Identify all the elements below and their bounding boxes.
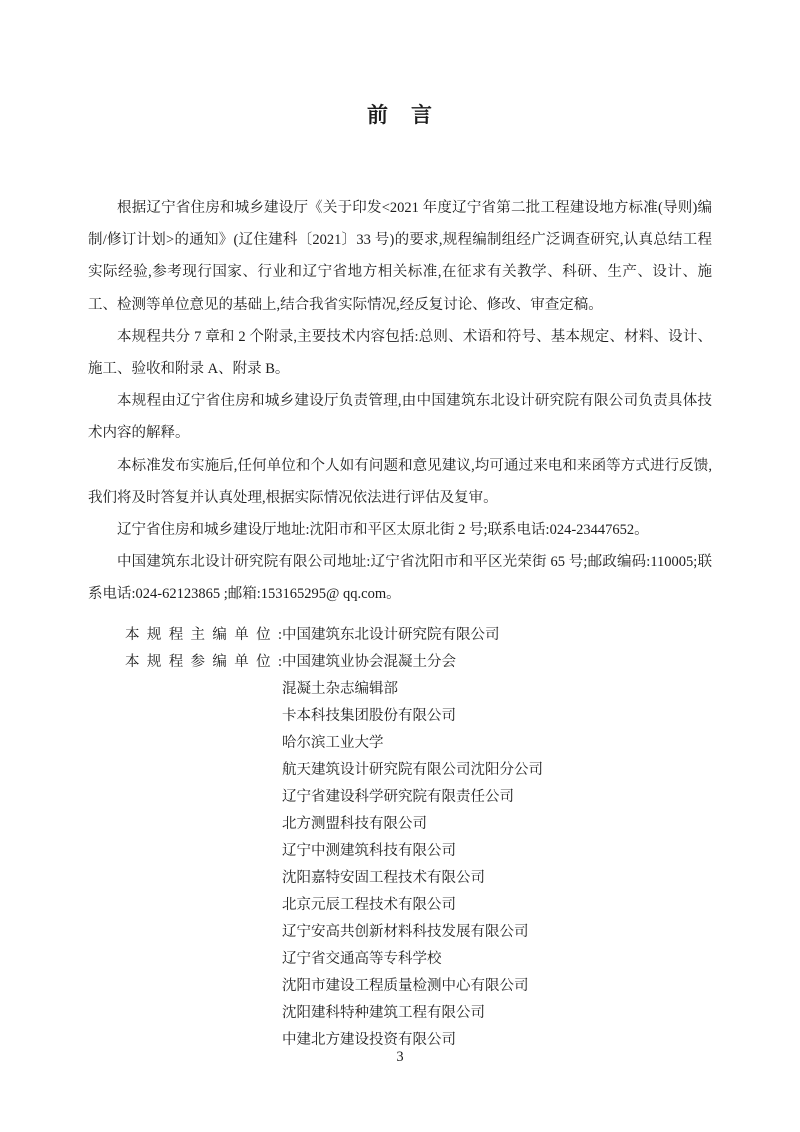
editor-unit-name: 北方测盟科技有限公司: [282, 811, 712, 838]
paragraph-management: 本规程由辽宁省住房和城乡建设厅负责管理,由中国建筑东北设计研究院有限公司负责具体…: [88, 385, 712, 449]
editor-label-spacer: [125, 784, 282, 811]
editor-row: 辽宁中测建筑科技有限公司: [88, 838, 712, 865]
editor-label-spacer: [125, 865, 282, 892]
editor-row: 辽宁省交通高等专科学校: [88, 946, 712, 973]
editor-unit-name: 沈阳市建设工程质量检测中心有限公司: [282, 973, 712, 1000]
editor-label-spacer: [125, 757, 282, 784]
page-content: 前 言 根据辽宁省住房和城乡建设厅《关于印发<2021 年度辽宁省第二批工程建设…: [0, 0, 800, 1054]
editor-label-spacer: [125, 838, 282, 865]
editor-row: 混凝土杂志编辑部: [88, 676, 712, 703]
editor-label-spacer: [125, 730, 282, 757]
editor-row: 哈尔滨工业大学: [88, 730, 712, 757]
editor-row: 沈阳嘉特安固工程技术有限公司: [88, 865, 712, 892]
editor-row: 本规程主编单位: 中国建筑东北设计研究院有限公司: [88, 622, 712, 649]
page-number: 3: [0, 1046, 800, 1068]
editor-label-spacer: [125, 946, 282, 973]
paragraph-feedback: 本标准发布实施后,任何单位和个人如有问题和意见建议,均可通过来电和来函等方式进行…: [88, 450, 712, 514]
editor-row: 沈阳建科特种建筑工程有限公司: [88, 1000, 712, 1027]
editor-label-spacer: [125, 892, 282, 919]
editor-unit-name: 辽宁省交通高等专科学校: [282, 946, 712, 973]
editor-row: 辽宁安高共创新材料科技发展有限公司: [88, 919, 712, 946]
editor-unit-name: 中国建筑东北设计研究院有限公司: [282, 622, 712, 649]
paragraph-basis: 根据辽宁省住房和城乡建设厅《关于印发<2021 年度辽宁省第二批工程建设地方标准…: [88, 192, 712, 321]
editor-row: 沈阳市建设工程质量检测中心有限公司: [88, 973, 712, 1000]
editing-units-section: 本规程主编单位: 中国建筑东北设计研究院有限公司 本规程参编单位: 中国建筑业协…: [88, 622, 712, 1054]
paragraph-contents: 本规程共分 7 章和 2 个附录,主要技术内容包括:总则、术语和符号、基本规定、…: [88, 321, 712, 385]
document-page: 前 言 根据辽宁省住房和城乡建设厅《关于印发<2021 年度辽宁省第二批工程建设…: [0, 0, 800, 1132]
editor-unit-name: 沈阳嘉特安固工程技术有限公司: [282, 865, 712, 892]
foreword-body: 根据辽宁省住房和城乡建设厅《关于印发<2021 年度辽宁省第二批工程建设地方标准…: [88, 192, 712, 611]
editor-row: 北方测盟科技有限公司: [88, 811, 712, 838]
editor-row: 北京元辰工程技术有限公司: [88, 892, 712, 919]
editor-row: 卡本科技集团股份有限公司: [88, 703, 712, 730]
paragraph-address-department: 辽宁省住房和城乡建设厅地址:沈阳市和平区太原北街 2 号;联系电话:024-23…: [88, 514, 712, 546]
editor-unit-name: 辽宁省建设科学研究院有限责任公司: [282, 784, 712, 811]
editor-row: 本规程参编单位: 中国建筑业协会混凝土分会: [88, 649, 712, 676]
editor-unit-name: 哈尔滨工业大学: [282, 730, 712, 757]
editor-label-spacer: [125, 811, 282, 838]
document-title: 前 言: [88, 0, 712, 130]
participating-editor-label: 本规程参编单位:: [125, 649, 282, 676]
editor-unit-name: 辽宁安高共创新材料科技发展有限公司: [282, 919, 712, 946]
editor-unit-name: 混凝土杂志编辑部: [282, 676, 712, 703]
editor-label-spacer: [125, 1000, 282, 1027]
editor-unit-name: 沈阳建科特种建筑工程有限公司: [282, 1000, 712, 1027]
paragraph-address-institute: 中国建筑东北设计研究院有限公司地址:辽宁省沈阳市和平区光荣街 65 号;邮政编码…: [88, 546, 712, 610]
editor-row: 航天建筑设计研究院有限公司沈阳分公司: [88, 757, 712, 784]
editor-unit-name: 北京元辰工程技术有限公司: [282, 892, 712, 919]
editor-unit-name: 辽宁中测建筑科技有限公司: [282, 838, 712, 865]
editor-unit-name: 航天建筑设计研究院有限公司沈阳分公司: [282, 757, 712, 784]
editor-label-spacer: [125, 676, 282, 703]
editor-label-spacer: [125, 973, 282, 1000]
editor-unit-name: 卡本科技集团股份有限公司: [282, 703, 712, 730]
chief-editor-label: 本规程主编单位:: [125, 622, 282, 649]
editor-row: 辽宁省建设科学研究院有限责任公司: [88, 784, 712, 811]
editor-unit-name: 中国建筑业协会混凝土分会: [282, 649, 712, 676]
editor-label-spacer: [125, 919, 282, 946]
editor-label-spacer: [125, 703, 282, 730]
